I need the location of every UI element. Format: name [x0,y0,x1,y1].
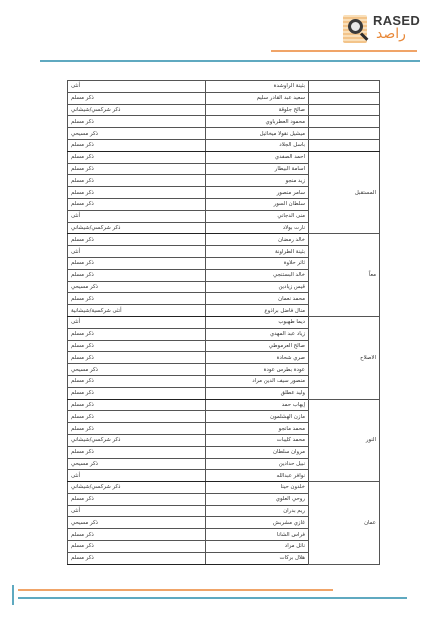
candidate-name: زيد منجو [206,175,309,187]
candidate-gender-religion: أنثى [68,470,206,482]
candidate-gender-religion: ذكر مسيحي [68,128,206,140]
header-orange-rule [271,50,417,52]
gender-text: أنثى [71,506,202,516]
candidate-gender-religion: ذكر مسلم [68,541,206,553]
candidate-name: وليد عطلق [206,387,309,399]
candidate-gender-religion: ذكر مسلم [68,116,206,128]
candidate-gender-religion: ذكر مسلم [68,139,206,151]
candidate-name: نارت بولاد [206,222,309,234]
candidate-gender-religion: ذكر مسلم [68,269,206,281]
candidate-gender-religion: ذكر مسلم [68,411,206,423]
candidate-name: ريم بدران [206,505,309,517]
candidate-gender-religion: ذكر مسلم [68,375,206,387]
candidate-name: منال فاضل براذوع [206,305,309,317]
candidate-name: بثينة الراوشدة [206,81,309,93]
candidate-name: محمد نعمان [206,293,309,305]
gender-text: ذكر مسلم [71,400,202,410]
logo-text-ar: راصد [376,26,406,42]
gender-text: ذكر مسلم [71,199,202,209]
candidate-gender-religion: ذكر شركسي/شيشاني [68,222,206,234]
candidate-name: محمد كليبات [206,434,309,446]
gender-text: ذكر مسلم [71,424,202,434]
gender-text: ذكر مسيحي [71,518,202,528]
gender-text: ذكر مسيحي [71,365,202,375]
candidate-name: بثينة الطراونة [206,246,309,258]
gender-text: ذكر مسلم [71,447,202,457]
candidate-name: مروان سلطان [206,446,309,458]
gender-text: ذكر شركسي/شيشاني [71,105,202,115]
candidate-gender-religion: ذكر مسلم [68,92,206,104]
gender-text: ذكر مسلم [71,152,202,162]
list-name-cell: المستقبل [309,151,380,234]
candidate-name: منصور سيف الدين مراد [206,375,309,387]
candidate-gender-religion: ذكر مسلم [68,399,206,411]
candidate-name: عودة بطرس عودة [206,364,309,376]
table-row: عمانخلدون حيناذكر شركسي/شيشاني [68,482,380,494]
table-row: النورإيهاب حمدذكر مسلم [68,399,380,411]
candidate-name: صالح العرموطي [206,340,309,352]
list-cell [309,128,380,140]
table-row: معاًخالد رمضانذكر مسلم [68,234,380,246]
candidate-gender-religion: أنثى [68,316,206,328]
candidates-table: بثينة الراوشدةأنثىسعيد عبد القادر سليمذك… [67,80,380,565]
candidate-name: ميشيل نقولا ميخائيل [206,128,309,140]
candidate-name: مازن الهشلمون [206,411,309,423]
candidate-name: ديما طهبوب [206,316,309,328]
candidate-gender-religion: ذكر شركسي/شيشاني [68,482,206,494]
gender-text: ذكر مسلم [71,388,202,398]
table-row: ميشيل نقولا ميخائيلذكر مسيحي [68,128,380,140]
candidate-name: صري شحادة [206,352,309,364]
candidate-name: إيهاب حمد [206,399,309,411]
gender-text: ذكر شركسي/شيشاني [71,435,202,445]
gender-text: ذكر شركسي/شيشاني [71,223,202,233]
candidate-name: سلطان السور [206,198,309,210]
table-row: بثينة الراوشدةأنثى [68,81,380,93]
candidate-gender-religion: ذكر مسلم [68,198,206,210]
gender-text: ذكر مسلم [71,341,202,351]
candidate-name: خالد البستنجي [206,269,309,281]
gender-text: ذكر مسيحي [71,459,202,469]
candidate-gender-religion: ذكر مسيحي [68,458,206,470]
table-row: المستقبلاحمد الصفديذكر مسلم [68,151,380,163]
candidate-gender-religion: أنثى شركسية/شيشانية [68,305,206,317]
candidate-gender-religion: ذكر مسلم [68,552,206,564]
list-name-cell: النور [309,399,380,482]
candidate-name: فراس الشانا [206,529,309,541]
candidate-gender-religion: ذكر مسيحي [68,517,206,529]
candidate-name: ثائر حلاوة [206,257,309,269]
candidate-gender-religion: ذكر مسلم [68,234,206,246]
gender-text: ذكر مسلم [71,294,202,304]
candidate-name: صالح جلوقة [206,104,309,116]
gender-text: ذكر مسلم [71,164,202,174]
gender-text: ذكر مسلم [71,541,202,551]
gender-text: ذكر مسلم [71,258,202,268]
rased-logo: RASED راصد [343,13,419,47]
gender-text: ذكر مسلم [71,553,202,563]
candidate-name: قيس زيادين [206,281,309,293]
candidate-gender-religion: أنثى [68,505,206,517]
gender-text: ذكر مسلم [71,140,202,150]
gender-text: أنثى شركسية/شيشانية [71,306,202,316]
list-cell [309,116,380,128]
candidate-gender-religion: ذكر مسيحي [68,281,206,293]
gender-text: ذكر مسلم [71,188,202,198]
gender-text: ذكر مسلم [71,329,202,339]
gender-text: ذكر مسيحي [71,129,202,139]
list-cell [309,104,380,116]
candidate-gender-religion: ذكر مسلم [68,352,206,364]
candidate-name: نائل مراد [206,541,309,553]
candidate-gender-religion: ذكر مسلم [68,529,206,541]
gender-text: ذكر شركسي/شيشاني [71,482,202,492]
candidate-gender-religion: ذكر مسلم [68,175,206,187]
candidate-gender-religion: ذكر مسلم [68,257,206,269]
footer-orange-rule [18,589,333,591]
gender-text: ذكر مسلم [71,412,202,422]
candidate-gender-religion: ذكر مسلم [68,493,206,505]
header-teal-rule [40,60,420,62]
candidate-name: احمد الصفدي [206,151,309,163]
candidate-gender-religion: ذكر مسلم [68,187,206,199]
candidate-gender-religion: ذكر مسلم [68,293,206,305]
list-name-cell: معاً [309,234,380,317]
gender-text: ذكر مسلم [71,270,202,280]
table-row: سعيد عبد القادر سليمذكر مسلم [68,92,380,104]
candidate-gender-religion: ذكر شركسي/شيشاني [68,434,206,446]
candidate-gender-religion: أنثى [68,81,206,93]
candidate-gender-religion: أنثى [68,246,206,258]
gender-text: أنثى [71,317,202,327]
gender-text: ذكر مسلم [71,117,202,127]
candidate-gender-religion: ذكر شركسي/شيشاني [68,104,206,116]
candidate-name: خالد رمضان [206,234,309,246]
gender-text: ذكر مسلم [71,494,202,504]
table-row: صالح جلوقةذكر شركسي/شيشاني [68,104,380,116]
list-name-cell: عمان [309,482,380,565]
gender-text: ذكر مسيحي [71,282,202,292]
table-row: باسل الجلادذكر مسلم [68,139,380,151]
candidate-gender-religion: ذكر مسلم [68,328,206,340]
candidate-gender-religion: أنثى [68,210,206,222]
candidate-name: نبيل حدادين [206,458,309,470]
gender-text: أنثى [71,81,202,91]
gender-text: ذكر مسلم [71,376,202,386]
candidate-gender-religion: ذكر مسلم [68,163,206,175]
candidate-gender-religion: ذكر مسلم [68,340,206,352]
candidate-gender-religion: ذكر مسيحي [68,364,206,376]
list-cell [309,139,380,151]
candidate-name: روحي العلوي [206,493,309,505]
candidates-table-body: بثينة الراوشدةأنثىسعيد عبد القادر سليمذك… [68,81,380,565]
gender-text: ذكر مسلم [71,353,202,363]
list-cell [309,92,380,104]
footer-teal-marker [12,585,14,605]
candidate-gender-religion: ذكر مسلم [68,387,206,399]
candidate-name: سامر منصور [206,187,309,199]
candidate-name: نوافر عبدالله [206,470,309,482]
table-row: الاصلاحديما طهبوبأنثى [68,316,380,328]
candidate-name: محمود العطرباوي [206,116,309,128]
gender-text: أنثى [71,247,202,257]
gender-text: ذكر مسلم [71,93,202,103]
candidate-name: هلال بركات [206,552,309,564]
gender-text: ذكر مسلم [71,235,202,245]
candidate-gender-religion: ذكر مسلم [68,151,206,163]
table-row: محمود العطرباويذكر مسلم [68,116,380,128]
candidate-name: خلدون حينا [206,482,309,494]
candidate-name: غازي مشربش [206,517,309,529]
candidate-name: محمد مانجو [206,423,309,435]
candidate-name: باسل الجلاد [206,139,309,151]
candidate-gender-religion: ذكر مسلم [68,423,206,435]
candidate-name: سعيد عبد القادر سليم [206,92,309,104]
candidate-name: زياد عبد المهدي [206,328,309,340]
gender-text: ذكر مسلم [71,530,202,540]
candidate-name: منى الدجاني [206,210,309,222]
footer-teal-rule [18,597,407,599]
list-cell [309,81,380,93]
magnifier-icon [348,19,363,34]
list-name-cell: الاصلاح [309,316,380,399]
candidate-name: اسامة البيطار [206,163,309,175]
gender-text: أنثى [71,211,202,221]
candidate-gender-religion: ذكر مسلم [68,446,206,458]
gender-text: أنثى [71,471,202,481]
gender-text: ذكر مسلم [71,176,202,186]
